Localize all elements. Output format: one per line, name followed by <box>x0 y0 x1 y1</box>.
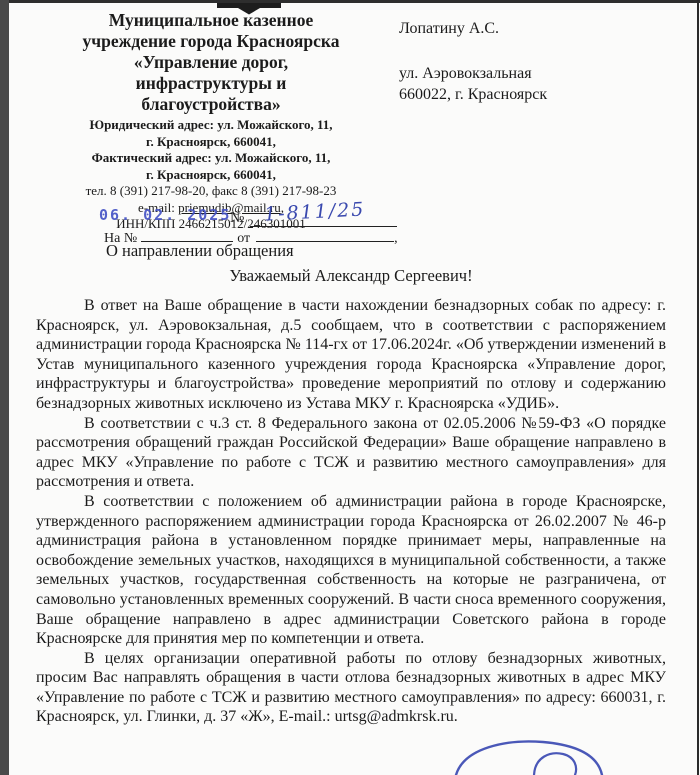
pen-signature-fragment <box>438 740 648 775</box>
paragraph-4: В целях организации оперативной работы п… <box>36 649 666 727</box>
number-underline: 1-811/25 <box>250 210 397 227</box>
phone-fax: тел. 8 (391) 217-98-20, факс 8 (391) 217… <box>28 183 394 200</box>
org-name-line: благоустройства» <box>28 94 394 115</box>
scan-frame-right <box>697 0 699 775</box>
incoming-date-stamp: 06. 02. 2025 <box>99 206 231 224</box>
paragraph-3: В соответствии с положением об администр… <box>36 492 666 649</box>
scan-frame-left <box>0 0 9 775</box>
letter-subject: О направлении обращения <box>106 241 294 261</box>
outgoing-number-line: №1-811/25 <box>230 210 397 227</box>
org-name-line: инфраструктуры и <box>28 73 394 94</box>
paragraph-1: В ответ на Ваше обращение в части нахожд… <box>36 296 666 414</box>
addressee-block: Лопатину А.С. ул. Аэровокзальная 660022,… <box>399 18 649 105</box>
org-name-line: «Управление дорог, <box>28 52 394 73</box>
legal-address-city: г. Красноярск, 660041, <box>28 134 394 151</box>
salutation: Уважаемый Александр Сергеевич! <box>36 266 666 286</box>
actual-address-city: г. Красноярск, 660041, <box>28 167 394 184</box>
paragraph-2: В соответствии с ч.3 ст. 8 Федерального … <box>36 414 666 492</box>
number-sign: № <box>230 210 244 226</box>
incoming-number-underline <box>141 228 233 242</box>
actual-address: Фактический адрес: ул. Можайского, 11, <box>28 150 394 167</box>
addressee-street: ул. Аэровокзальная <box>399 63 649 84</box>
org-name-line: Муниципальное казенное <box>28 10 394 31</box>
legal-address: Юридический адрес: ул. Можайского, 11, <box>28 117 394 134</box>
handwritten-outgoing-number: 1-811/25 <box>264 198 366 225</box>
trailing-comma: , <box>394 231 398 246</box>
letter-body: Уважаемый Александр Сергеевич! В ответ н… <box>36 266 666 727</box>
org-name-line: учреждение города Красноярска <box>28 31 394 52</box>
addressee-city: 660022, г. Красноярск <box>399 84 649 105</box>
scan-frame-top <box>0 0 700 3</box>
from-date-underline <box>256 228 394 242</box>
addressee-name: Лопатину А.С. <box>399 18 649 39</box>
